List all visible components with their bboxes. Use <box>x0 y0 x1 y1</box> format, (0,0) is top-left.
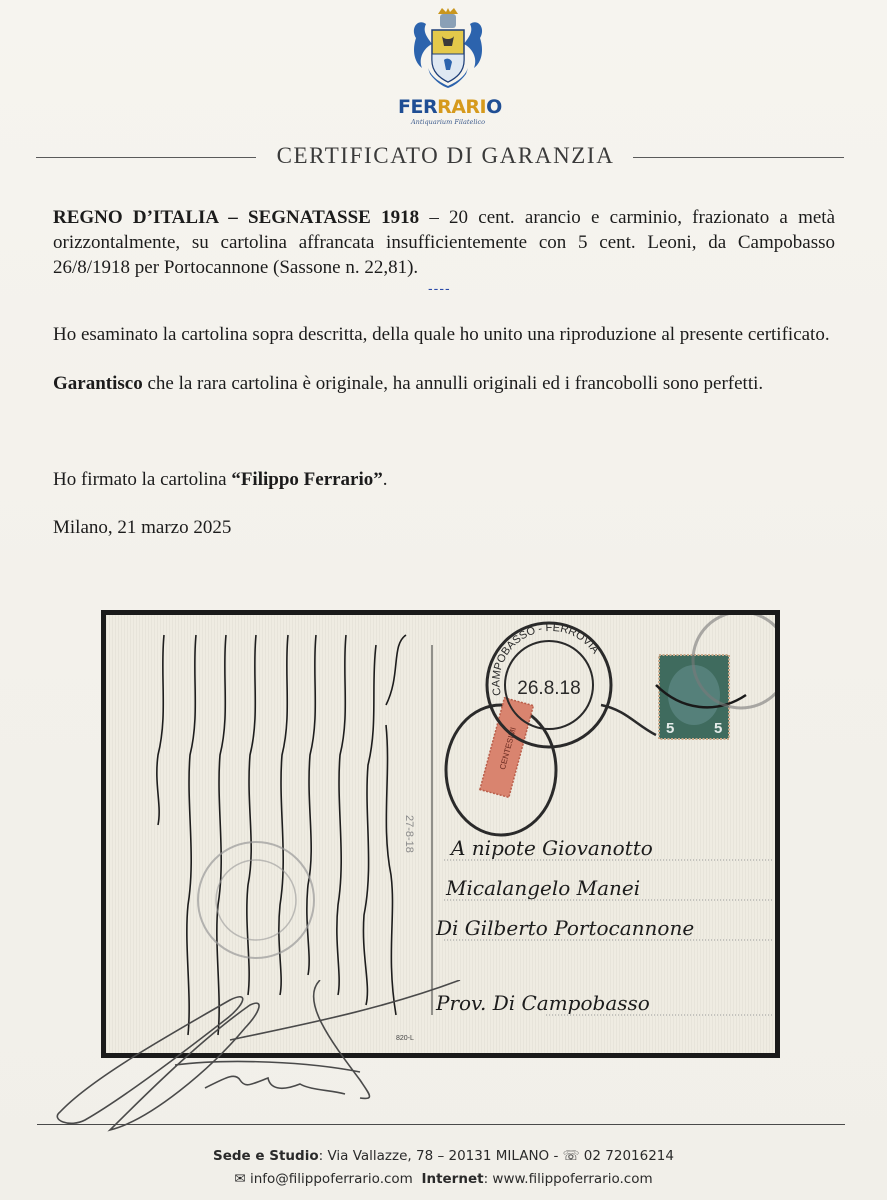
brand-part-2: RARI <box>437 96 486 118</box>
examination-statement: Ho esaminato la cartolina sopra descritt… <box>53 322 835 347</box>
address-line-1: A nipote Giovanotto <box>449 836 653 860</box>
internet-label: Internet <box>421 1171 483 1187</box>
arrival-date-mark: 27-8-18 <box>403 815 415 853</box>
definitive-stamp-5c: 5 5 <box>656 655 746 739</box>
address-text: : Via Vallazze, 78 – 20131 MILANO - <box>319 1148 563 1164</box>
guarantee-text: che la rara cartolina è originale, ha an… <box>143 373 763 394</box>
handwritten-message <box>157 635 406 1035</box>
postmark-date: 26.8.18 <box>517 678 580 699</box>
place-and-date: Milano, 21 marzo 2025 <box>53 515 835 540</box>
website-link[interactable]: : www.filippoferrario.com <box>484 1171 653 1187</box>
signature <box>0 980 887 1140</box>
guarantee-statement: Garantisco che la rara cartolina è origi… <box>53 371 835 396</box>
email-link[interactable]: info@filippoferrario.com <box>250 1171 413 1187</box>
brand-tagline: Antiquarium Filatelico <box>398 118 498 126</box>
phone-fax-icon: ☏ <box>563 1148 580 1164</box>
item-heading: REGNO D’ITALIA – SEGNATASSE 1918 <box>53 207 419 228</box>
address-line-2: Micalangelo Manei <box>445 876 640 900</box>
title-rule-left <box>36 157 256 158</box>
signed-suffix: . <box>383 469 388 490</box>
title-row: CERTIFICATO DI GARANZIA <box>36 141 844 171</box>
signer-name: “Filippo Ferrario” <box>231 469 382 490</box>
page-title: CERTIFICATO DI GARANZIA <box>273 143 618 169</box>
ferrario-logo: FERRARIO Antiquarium Filatelico <box>398 8 498 128</box>
separator: ---- <box>428 280 451 296</box>
brand-name: FERRARIO <box>398 96 498 118</box>
footer-address: Sede e Studio: Via Vallazze, 78 – 20131 … <box>0 1148 887 1164</box>
svg-text:5: 5 <box>714 720 722 737</box>
signature-statement: Ho firmato la cartolina “Filippo Ferrari… <box>53 467 835 492</box>
bottom-rule <box>37 1124 845 1125</box>
footer-contacts: ✉ info@filippoferrario.com Internet: www… <box>0 1171 887 1187</box>
title-rule-right <box>633 157 844 158</box>
envelope-icon: ✉ <box>234 1171 245 1187</box>
address-line-3: Di Gilberto Portocannone <box>435 916 694 940</box>
brand-part-3: O <box>486 96 502 118</box>
svg-text:5: 5 <box>666 720 674 737</box>
address-label: Sede e Studio <box>213 1148 319 1164</box>
brand-part-1: FER <box>398 96 437 118</box>
phone-number[interactable]: 02 72016214 <box>580 1148 674 1164</box>
coat-of-arms-icon <box>408 8 488 92</box>
guarantee-lead: Garantisco <box>53 373 143 394</box>
item-description: REGNO D’ITALIA – SEGNATASSE 1918 – 20 ce… <box>53 205 835 280</box>
postage-due-stamp: CENTESIMI <box>480 698 534 798</box>
signed-prefix: Ho firmato la cartolina <box>53 469 231 490</box>
